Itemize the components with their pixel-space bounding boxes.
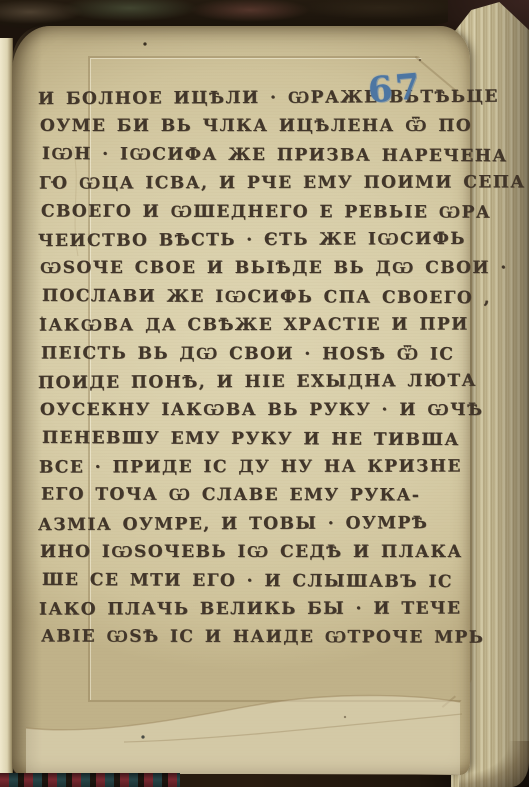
parchment-specks	[12, 26, 470, 775]
endband	[0, 773, 180, 787]
manuscript-page: И БОЛНОЕ ИЦѢЛИ · ѠРАЖЕ ВЬТѢЬЦЕОУМЕ БИ ВЬ…	[12, 26, 470, 775]
manuscript-photo: И БОЛНОЕ ИЦѢЛИ · ѠРАЖЕ ВЬТѢЬЦЕОУМЕ БИ ВЬ…	[0, 0, 529, 787]
